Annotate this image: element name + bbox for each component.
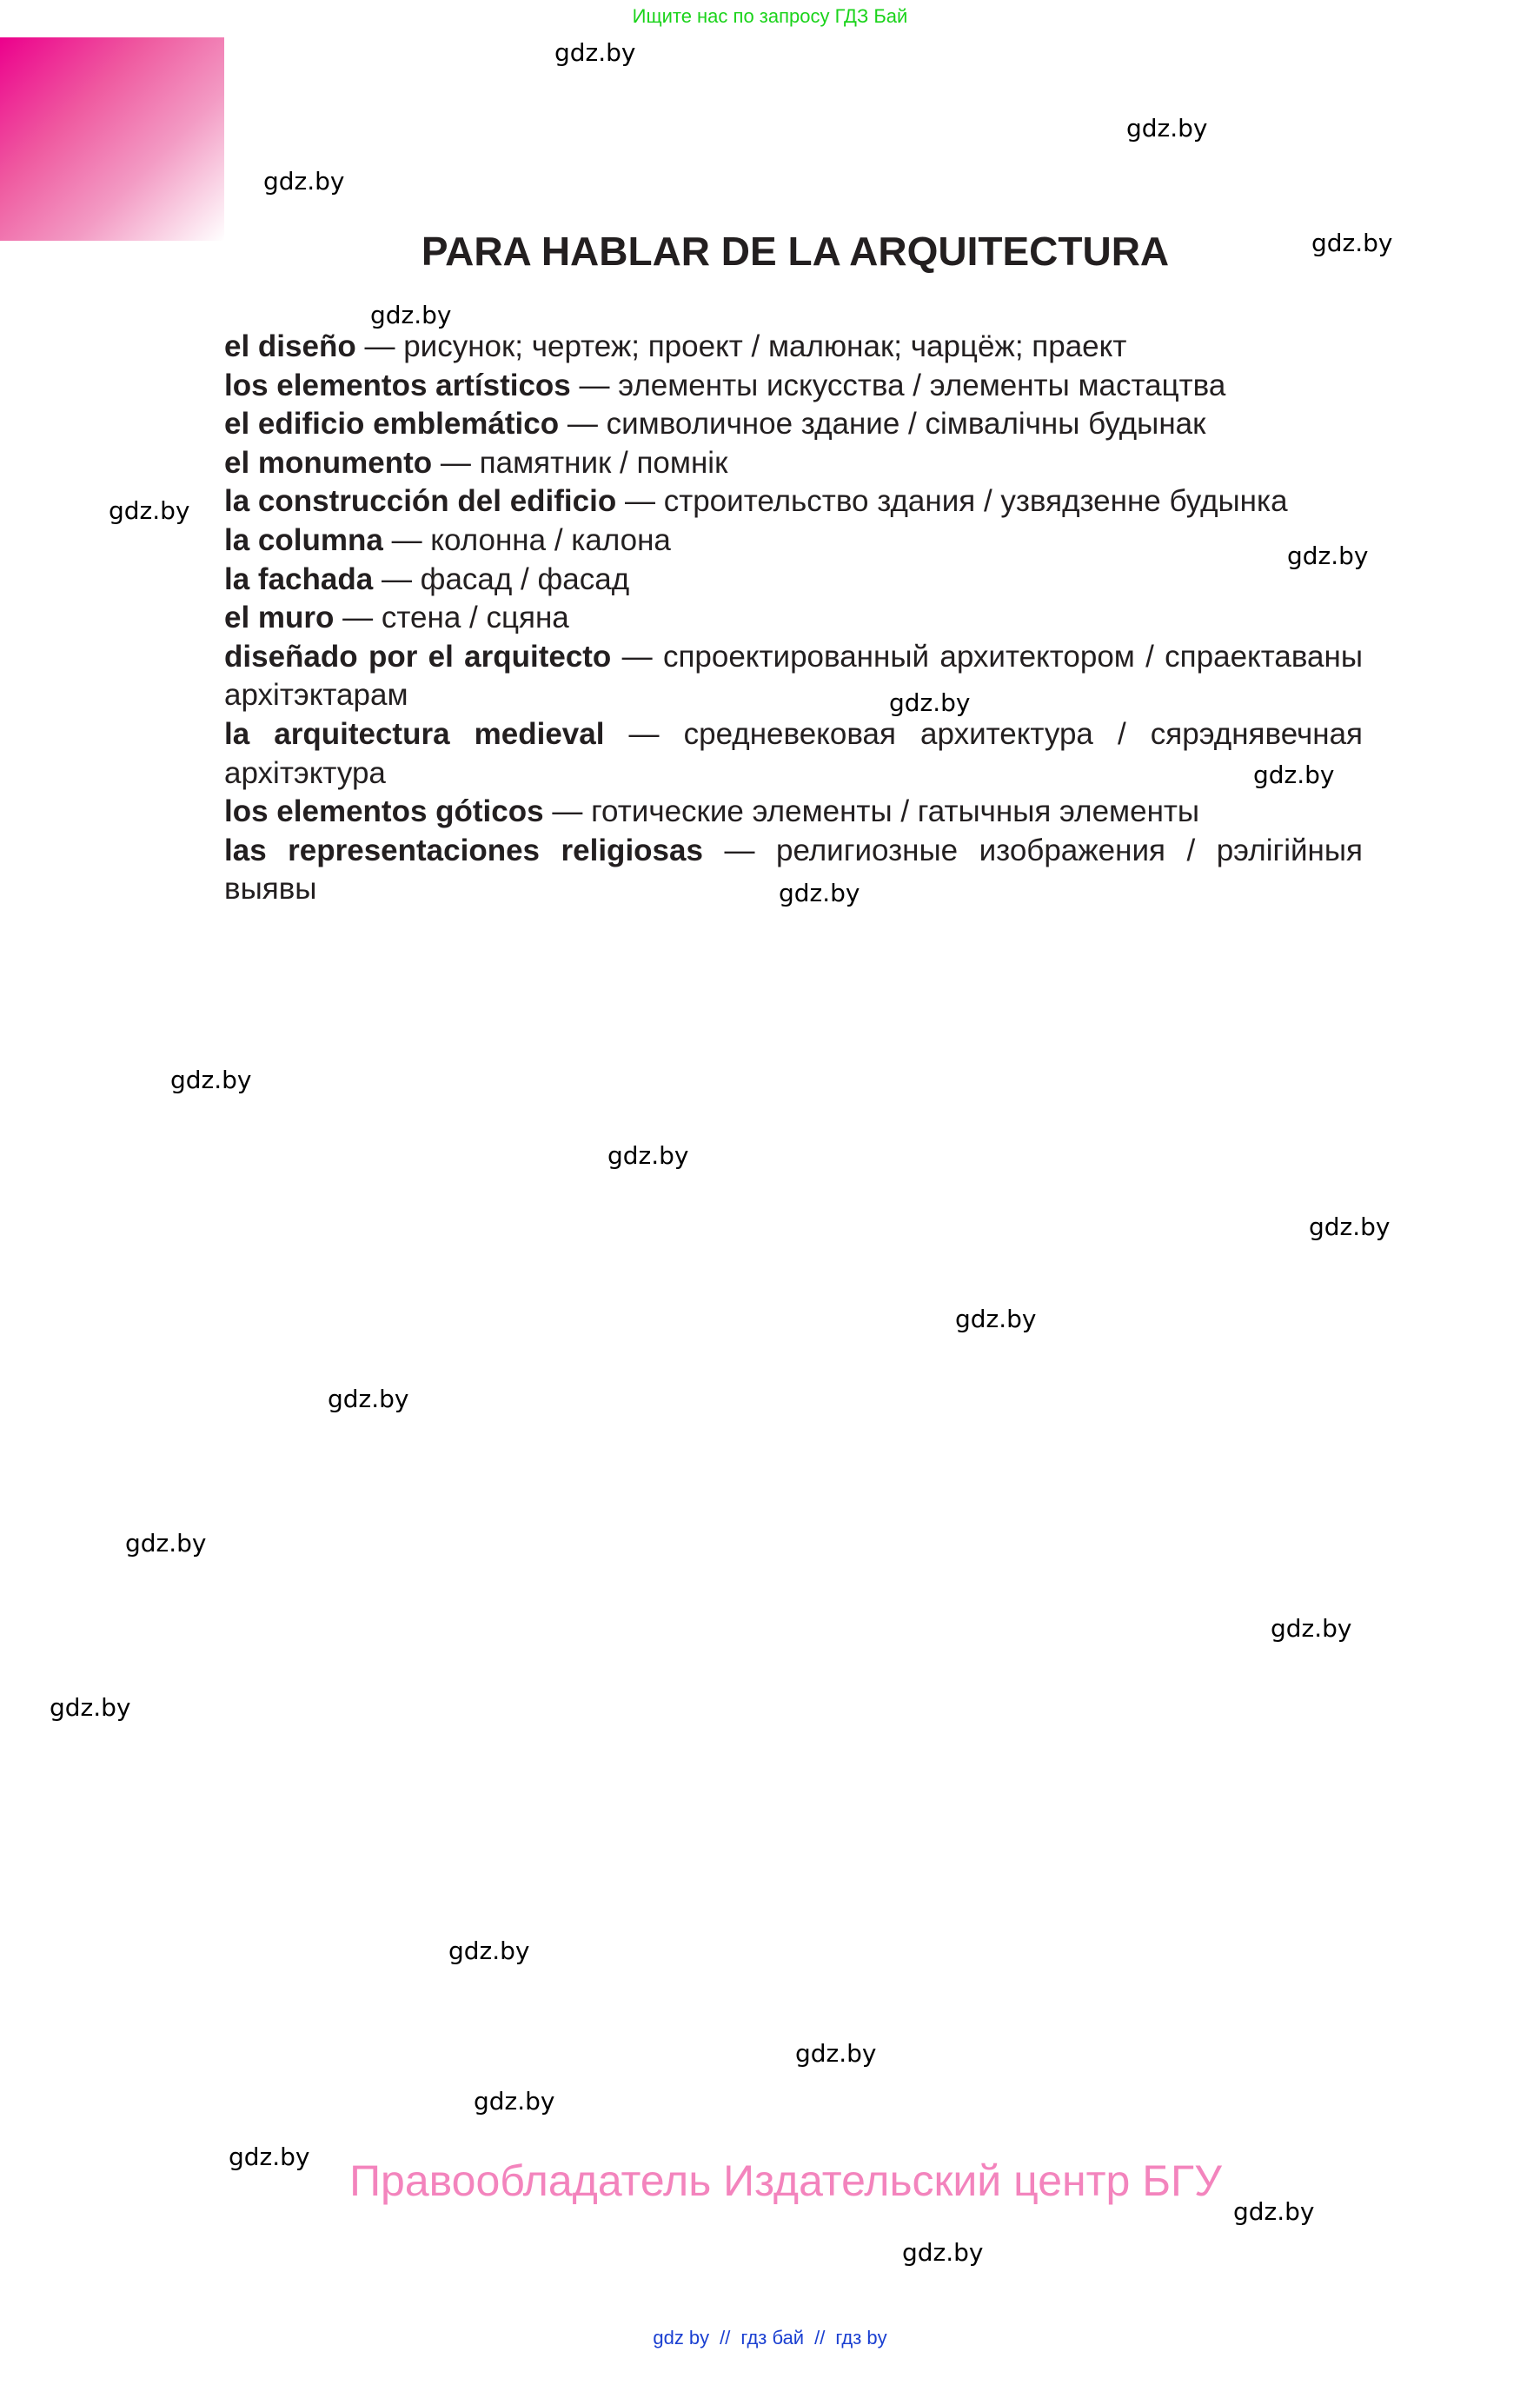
vocabulary-item: los elementos góticos — готические элеме… — [224, 793, 1363, 832]
footer-link-gdz-by[interactable]: gdz by — [653, 2327, 709, 2348]
watermark: gdz.by — [170, 1066, 252, 1094]
footer-links: gdz by//гдз бай//гдз by — [0, 2327, 1540, 2349]
watermark: gdz.by — [779, 879, 860, 907]
watermark: gdz.by — [328, 1385, 409, 1413]
vocabulary-term: el monumento — [224, 446, 432, 480]
vocabulary-term: los elementos góticos — [224, 794, 544, 828]
dash-separator: — — [580, 369, 610, 402]
watermark: gdz.by — [263, 167, 345, 196]
watermark: gdz.by — [795, 2039, 877, 2068]
watermark: gdz.by — [1126, 114, 1208, 143]
copyright-notice: Правообладатель Издательский центр БГУ — [0, 2156, 1540, 2206]
watermark: gdz.by — [607, 1141, 689, 1170]
watermark: gdz.by — [554, 38, 636, 67]
dash-separator: — — [568, 407, 598, 441]
copyright-text: Правообладатель Издательский центр БГУ — [349, 2156, 1222, 2205]
watermark: gdz.by — [125, 1529, 207, 1558]
footer-link-gdz-bai[interactable]: гдз бай — [740, 2327, 804, 2348]
dash-separator: — — [392, 523, 422, 557]
vocabulary-term: diseñado por el arquitecto — [224, 640, 611, 674]
vocabulary-term: el diseño — [224, 329, 356, 363]
vocabulary-item: el monumento — памятник / помнік — [224, 444, 1363, 483]
watermark: gdz.by — [474, 2087, 555, 2116]
watermark: gdz.by — [109, 496, 190, 525]
vocabulary-item: diseñado por el arquitecto — спроектиров… — [224, 638, 1363, 715]
watermark: gdz.by — [1309, 1212, 1391, 1241]
vocabulary-item: la arquitectura medieval — средневековая… — [224, 715, 1363, 793]
watermark: gdz.by — [1253, 761, 1335, 789]
vocabulary-item: el muro — стена / сцяна — [224, 599, 1363, 638]
vocabulary-term: la columna — [224, 523, 383, 557]
vocabulary-term: la fachada — [224, 562, 373, 596]
vocabulary-term: el edificio emblemático — [224, 407, 559, 441]
vocabulary-translation: рисунок; чертеж; проект / малюнак; чарцё… — [403, 329, 1126, 363]
dash-separator: — — [724, 834, 754, 867]
vocabulary-translation: строительство здания / узвядзенне будынк… — [664, 484, 1288, 518]
dash-separator: — — [441, 446, 471, 480]
watermark: gdz.by — [1287, 541, 1369, 570]
footer-separator: // — [814, 2327, 825, 2348]
vocabulary-term: la arquitectura medieval — [224, 717, 604, 751]
vocabulary-translation: памятник / помнік — [480, 446, 728, 480]
dash-separator: — — [622, 640, 653, 674]
watermark: gdz.by — [448, 1937, 530, 1965]
vocabulary-translation: стена / сцяна — [382, 601, 569, 634]
watermark: gdz.by — [902, 2238, 984, 2267]
dash-separator: — — [629, 717, 660, 751]
dash-separator: — — [364, 329, 395, 363]
vocabulary-item: los elementos artísticos — элементы иску… — [224, 367, 1363, 406]
footer-link-gdz-by-cyr[interactable]: гдз by — [835, 2327, 886, 2348]
vocabulary-item: la construcción del edificio — строитель… — [224, 482, 1363, 522]
vocabulary-term: el muro — [224, 601, 334, 634]
watermark: gdz.by — [955, 1305, 1037, 1333]
dash-separator: — — [625, 484, 655, 518]
dash-separator: — — [382, 562, 412, 596]
dash-separator: — — [552, 794, 582, 828]
page-title: PARA HABLAR DE LA ARQUITECTURA — [0, 228, 1540, 275]
footer-separator: // — [720, 2327, 730, 2348]
dash-separator: — — [342, 601, 373, 634]
vocabulary-translation: фасад / фасад — [421, 562, 629, 596]
vocabulary-list: el diseño — рисунок; чертеж; проект / ма… — [224, 328, 1363, 909]
vocabulary-translation: колонна / калона — [430, 523, 671, 557]
vocabulary-translation: символичное здание / сімвалічны будынак — [607, 407, 1206, 441]
watermark: gdz.by — [50, 1693, 131, 1722]
vocabulary-term: los elementos artísticos — [224, 369, 571, 402]
vocabulary-item: el diseño — рисунок; чертеж; проект / ма… — [224, 328, 1363, 367]
vocabulary-item: la columna — колонна / калона — [224, 522, 1363, 561]
watermark: gdz.by — [1271, 1614, 1352, 1643]
watermark: gdz.by — [889, 688, 971, 717]
vocabulary-translation: элементы искусства / элементы мастацтва — [618, 369, 1225, 402]
search-hint-banner: Ищите нас по запросу ГДЗ Бай — [0, 5, 1540, 28]
vocabulary-term: las representaciones religiosas — [224, 834, 703, 867]
vocabulary-item: el edificio emblemático — символичное зд… — [224, 405, 1363, 444]
watermark: gdz.by — [370, 301, 452, 329]
vocabulary-translation: готические элементы / гатычныя элементы — [591, 794, 1199, 828]
vocabulary-item: la fachada — фасад / фасад — [224, 561, 1363, 600]
watermark: gdz.by — [1311, 229, 1393, 257]
decorative-corner-gradient — [0, 37, 224, 241]
vocabulary-term: la construcción del edificio — [224, 484, 616, 518]
